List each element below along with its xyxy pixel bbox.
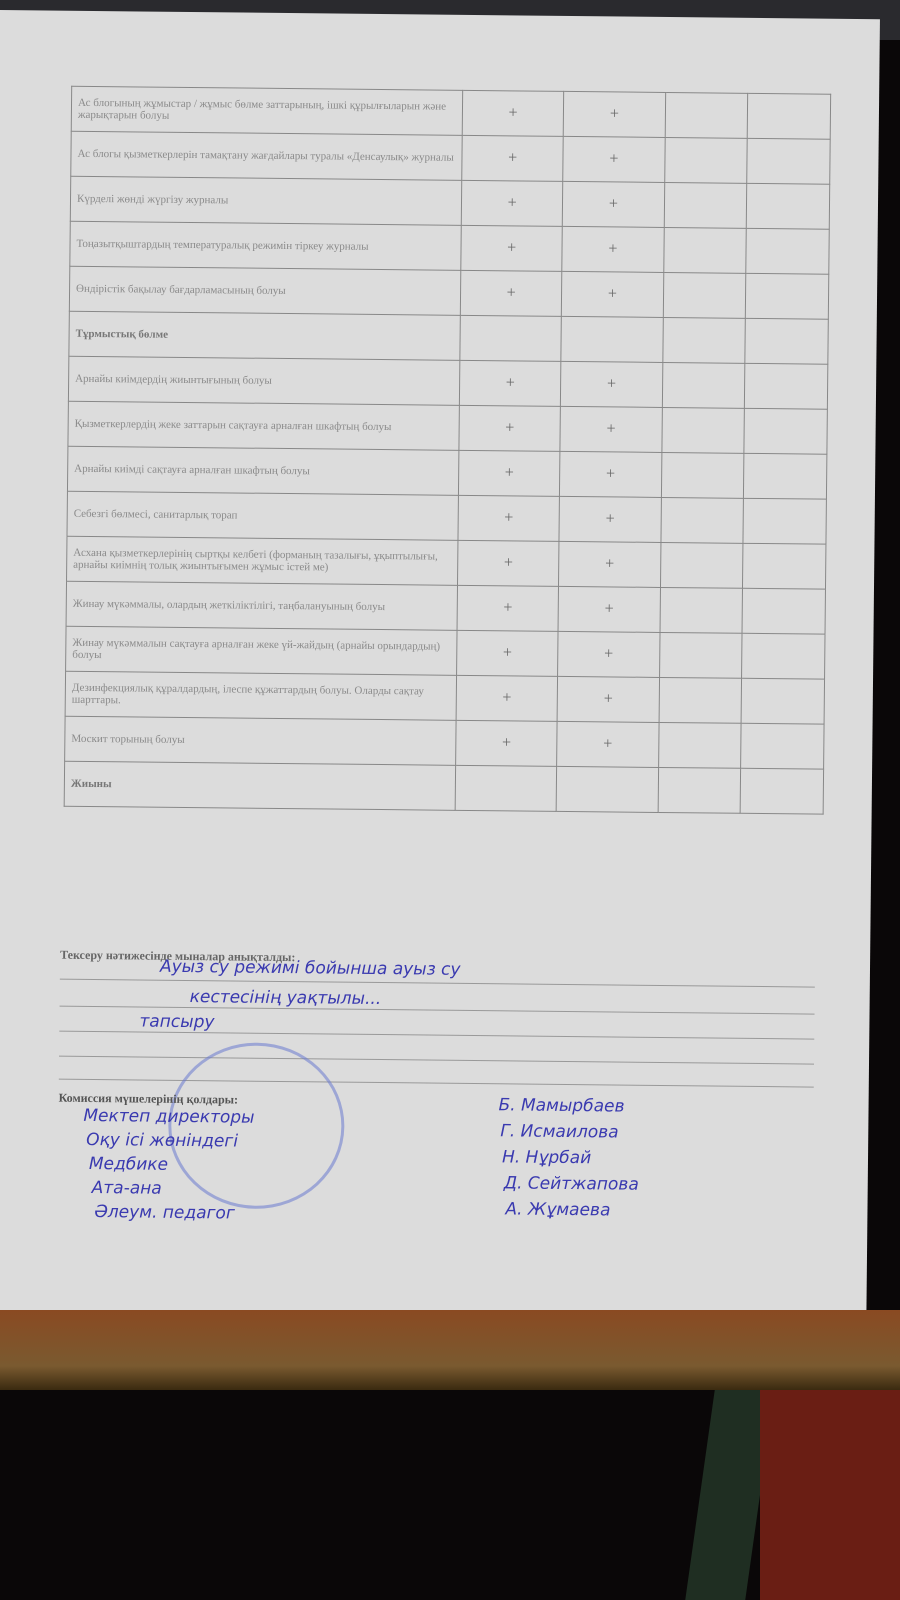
member-role: Медбике [89, 1154, 168, 1175]
row-label: Арнайы киімді сақтауға арналған шкафтың … [67, 446, 458, 495]
mark-cell: + [558, 631, 660, 677]
mark-cell: + [559, 496, 661, 542]
mark-cell: + [561, 361, 663, 407]
row-label: Тоңазытқыштардың температуралық режимін … [70, 221, 461, 270]
table-row: Москит торының болуы++ [65, 716, 824, 769]
mark-cell [744, 453, 827, 499]
mark-cell: + [557, 721, 659, 767]
mark-cell [741, 678, 824, 724]
mark-cell [658, 722, 741, 768]
findings-line-2: кестесінің уақтылы... [190, 987, 382, 1009]
mark-cell [659, 632, 742, 678]
mark-cell [658, 767, 741, 813]
desk-edge [0, 1310, 900, 1390]
findings-line-3: тапсыру [139, 1012, 214, 1033]
background-object [760, 1390, 900, 1600]
mark-cell [747, 93, 830, 139]
member-name: Н. Нұрбай [502, 1147, 591, 1168]
mark-cell: + [560, 451, 662, 497]
table-row: Себезгі бөлмесі, санитарлық торап++ [67, 491, 826, 544]
mark-cell: + [458, 540, 560, 586]
mark-cell [663, 227, 746, 273]
mark-cell [556, 766, 658, 812]
mark-cell [659, 677, 742, 723]
member-name: Д. Сейтжапова [504, 1173, 639, 1194]
mark-cell [455, 765, 557, 811]
findings-line-1: Ауыз су режимі бойынша ауыз су [160, 957, 461, 980]
mark-cell: + [456, 720, 558, 766]
table-row: Жиыны [64, 761, 823, 814]
row-label: Жиыны [64, 761, 455, 810]
mark-cell [460, 315, 562, 361]
table-row: Тоңазытқыштардың температуралық режимін … [70, 221, 829, 274]
mark-cell [664, 182, 747, 228]
mark-cell: + [558, 586, 660, 632]
mark-cell: + [459, 360, 561, 406]
mark-cell [660, 542, 743, 588]
mark-cell: + [460, 270, 562, 316]
table-row: Жинау мүкәммалын сақтауға арналған жеке … [66, 626, 825, 679]
mark-cell: + [560, 406, 662, 452]
mark-cell [662, 362, 745, 408]
table-row: Өндірістік бақылау бағдарламасының болуы… [69, 266, 828, 319]
row-label: Тұрмыстық бөлме [69, 311, 460, 360]
table-row: Жинау мүкәммалы, олардың жеткіліктілігі,… [66, 581, 825, 634]
row-label: Қызметкерлердің жеке заттарын сақтауға а… [68, 401, 459, 450]
member-role: Ата-ана [92, 1178, 162, 1199]
mark-cell [741, 723, 824, 769]
mark-cell: + [562, 226, 664, 272]
mark-cell [661, 497, 744, 543]
mark-cell: + [457, 585, 559, 631]
member-name: Б. Мамырбаев [498, 1095, 624, 1116]
mark-cell: + [557, 676, 659, 722]
mark-cell [747, 138, 830, 184]
mark-cell [747, 183, 830, 229]
mark-cell [663, 272, 746, 318]
mark-cell [662, 317, 745, 363]
member-name: А. Жұмаева [505, 1199, 610, 1220]
mark-cell: + [457, 630, 559, 676]
member-role: Әлеум. педагог [94, 1202, 235, 1223]
mark-cell [746, 273, 829, 319]
table-row: Арнайы киімді сақтауға арналған шкафтың … [67, 446, 826, 499]
row-label: Асхана қызметкерлерінің сыртқы келбеті (… [67, 536, 458, 585]
mark-cell [740, 768, 823, 814]
row-label: Жинау мүкәммалы, олардың жеткіліктілігі,… [66, 581, 457, 630]
mark-cell: + [564, 91, 666, 137]
member-role: Оқу ісі жөніндегі [86, 1130, 238, 1152]
mark-cell [743, 498, 826, 544]
table-row: Күрделі жөнді жүргізу журналы++ [70, 176, 829, 229]
mark-cell [561, 316, 663, 362]
table-row: Дезинфекциялық құралдардың, ілеспе құжат… [65, 671, 824, 724]
mark-cell [745, 318, 828, 364]
mark-cell: + [461, 180, 563, 226]
form-page: Ас блогының жұмыстар / жұмыс бөлме затта… [0, 10, 880, 1319]
row-label: Дезинфекциялық құралдардың, ілеспе құжат… [65, 671, 456, 720]
mark-cell: + [462, 90, 564, 136]
table-row: Асхана қызметкерлерінің сыртқы келбеті (… [67, 536, 826, 589]
mark-cell: + [559, 541, 661, 587]
table-row: Қызметкерлердің жеке заттарын сақтауға а… [68, 401, 827, 454]
mark-cell [746, 228, 829, 274]
mark-cell [742, 633, 825, 679]
mark-cell [661, 407, 744, 453]
mark-cell [660, 587, 743, 633]
table-row: Тұрмыстық бөлме [69, 311, 828, 364]
mark-cell [661, 452, 744, 498]
mark-cell: + [459, 405, 561, 451]
row-label: Себезгі бөлмесі, санитарлық торап [67, 491, 458, 540]
table-row: Ас блогының жұмыстар / жұмыс бөлме затта… [71, 86, 830, 139]
mark-cell: + [462, 135, 564, 181]
mark-cell [742, 588, 825, 634]
mark-cell: + [461, 225, 563, 271]
mark-cell [744, 408, 827, 454]
mark-cell [665, 92, 748, 138]
row-label: Ас блогының жұмыстар / жұмыс бөлме затта… [71, 86, 462, 135]
table-row: Арнайы киімдердің жиынтығының болуы++ [68, 356, 827, 409]
row-label: Москит торының болуы [65, 716, 456, 765]
row-label: Ас блогы қызметкерлерін тамақтану жағдай… [71, 131, 462, 180]
member-role: Мектеп директоры [83, 1106, 254, 1128]
table-row: Ас блогы қызметкерлерін тамақтану жағдай… [71, 131, 830, 184]
mark-cell: + [456, 675, 558, 721]
mark-cell [664, 137, 747, 183]
row-label: Күрделі жөнді жүргізу журналы [70, 176, 461, 225]
mark-cell [745, 363, 828, 409]
member-name: Г. Исмаилова [500, 1121, 619, 1142]
checklist-table: Ас блогының жұмыстар / жұмыс бөлме затта… [64, 86, 832, 815]
row-label: Жинау мүкәммалын сақтауға арналған жеке … [66, 626, 457, 675]
row-label: Өндірістік бақылау бағдарламасының болуы [69, 266, 460, 315]
mark-cell: + [562, 271, 664, 317]
mark-cell [743, 543, 826, 589]
mark-cell: + [458, 495, 560, 541]
row-label: Арнайы киімдердің жиынтығының болуы [68, 356, 459, 405]
mark-cell: + [563, 181, 665, 227]
mark-cell: + [563, 136, 665, 182]
mark-cell: + [458, 450, 560, 496]
